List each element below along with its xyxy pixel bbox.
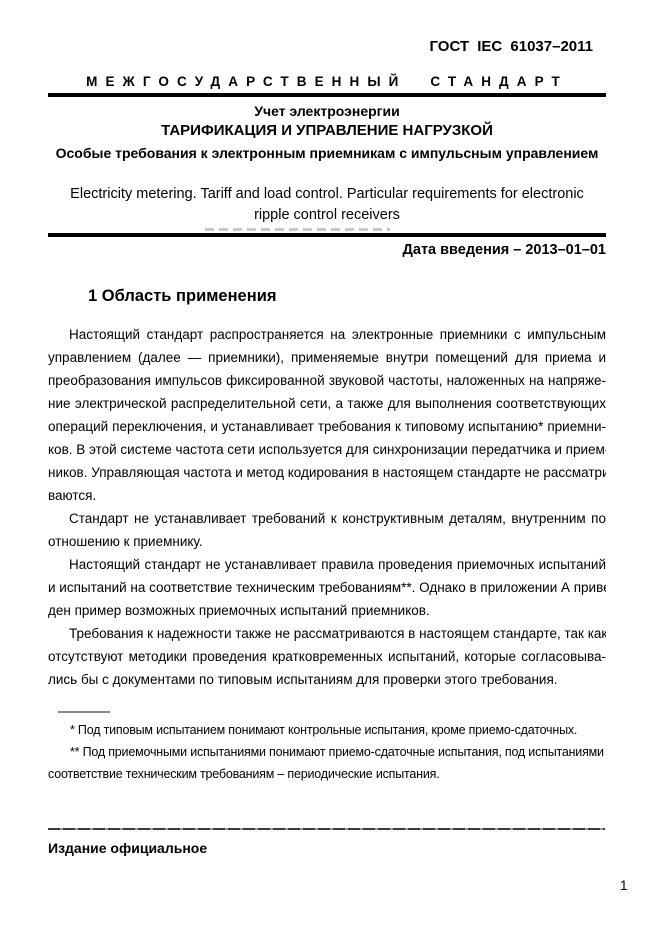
title-rule — [48, 233, 606, 237]
official-edition-note: Издание официальное — [48, 840, 207, 856]
scan-artifact — [205, 228, 390, 231]
body-text-line: ден пример возможных приемочных испытани… — [48, 599, 606, 622]
body-text-line: ков. В этой системе частота сети использ… — [48, 438, 606, 461]
footer-rule — [48, 828, 605, 830]
body-text-line: и испытаний на соответствие техническим … — [48, 576, 606, 599]
section-heading: 1 Область применения — [88, 287, 276, 306]
body-text-line: Настоящий стандарт распространяется на э… — [48, 323, 606, 346]
body-text-line: ников. Управляющая частота и метод кодир… — [48, 461, 606, 484]
effective-date: Дата введения – 2013–01–01 — [48, 242, 606, 258]
body-text-line: отношению к приемнику. — [48, 530, 606, 553]
body-text-line: управлением (далее — приемники), применя… — [48, 346, 606, 369]
footnote-divider — [58, 711, 110, 713]
title-ru: ТАРИФИКАЦИЯ И УПРАВЛЕНИЕ НАГРУЗКОЙ — [48, 122, 606, 139]
footnotes: * Под типовым испытанием понимают контро… — [48, 719, 606, 785]
body-text-line: лись бы с документами по типовым испытан… — [48, 668, 606, 691]
standard-type-heading: МЕЖГОСУДАРСТВЕННЫЙ СТАНДАРТ — [48, 74, 606, 89]
body-text-line: ваются. — [48, 484, 606, 507]
title-en-line1: Electricity metering. Tariff and load co… — [48, 186, 606, 202]
document-page: ГОСТ IEC 61037–2011 МЕЖГОСУДАРСТВЕННЫЙ С… — [0, 0, 661, 936]
title-subject: Учет электроэнергии — [48, 103, 606, 119]
title-en-line2: ripple control receivers — [48, 207, 606, 223]
section-body: Настоящий стандарт распространяется на э… — [48, 323, 606, 691]
body-text-line: Настоящий стандарт не устанавливает прав… — [48, 553, 606, 576]
body-text-line: Требования к надежности также не рассмат… — [48, 622, 606, 645]
footnote-line: соответствие техническим требованиям – п… — [48, 763, 606, 785]
doc-code: ГОСТ IEC 61037–2011 — [429, 38, 593, 55]
body-text-line: операций переключения, и устанавливает т… — [48, 415, 606, 438]
body-text-line: ние электрической распределительной сети… — [48, 392, 606, 415]
body-text-line: преобразования импульсов фиксированной з… — [48, 369, 606, 392]
top-rule — [48, 93, 606, 97]
body-text-line: Стандарт не устанавливает требований к к… — [48, 507, 606, 530]
subtitle-ru: Особые требования к электронным приемник… — [48, 145, 606, 161]
page-number: 1 — [620, 878, 628, 893]
footnote-line: * Под типовым испытанием понимают контро… — [48, 719, 606, 741]
footnote-line: ** Под приемочными испытаниями понимают … — [48, 741, 606, 763]
body-text-line: отсутствуют методики проведения кратковр… — [48, 645, 606, 668]
